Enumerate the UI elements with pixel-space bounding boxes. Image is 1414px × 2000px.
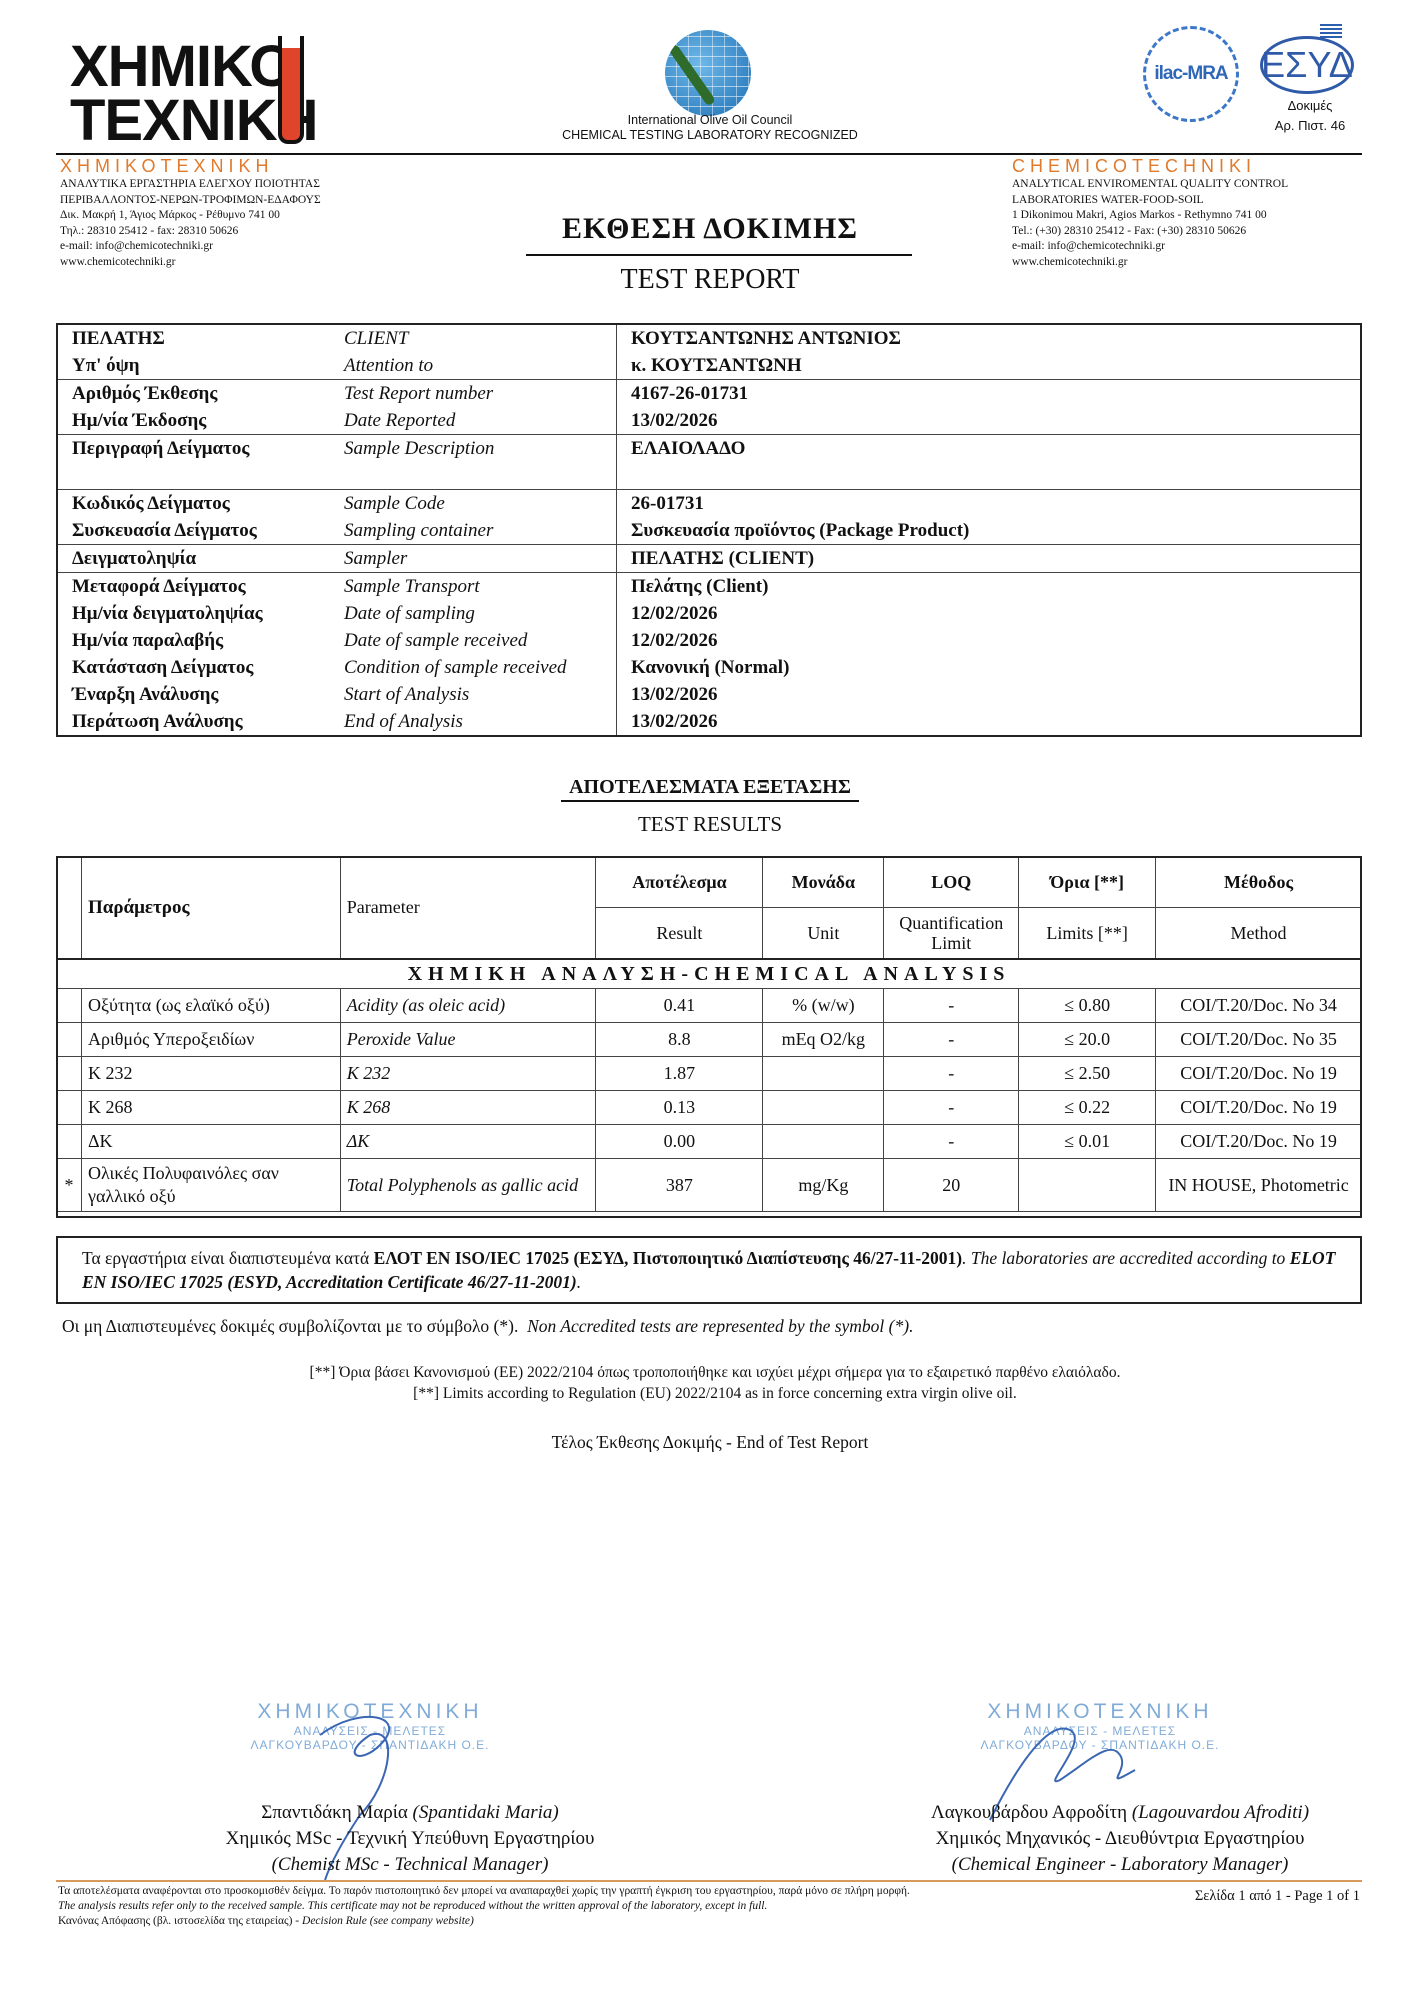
page-number: Σελίδα 1 από 1 - Page 1 of 1 xyxy=(1110,1888,1360,1905)
info-label-english: Test Report number xyxy=(344,380,616,407)
header-param-greek: Παράμετρος xyxy=(81,857,340,960)
header-unit-english: Unit xyxy=(763,908,884,960)
esyd-caption: Δοκιμές Αρ. Πιστ. 46 xyxy=(1255,96,1365,136)
param-greek: Αριθμός Υπεροξειδίων xyxy=(81,1023,340,1057)
address-line: Δικ. Μακρή 1, Άγιος Μάρκος - Ρέθυμνο 741… xyxy=(60,208,500,224)
info-label-greek: Ημ/νία παραλαβής xyxy=(72,627,344,654)
limit: ≤ 0.22 xyxy=(1019,1091,1156,1125)
info-value: 12/02/2026 xyxy=(631,600,1360,627)
info-label-english: Sampler xyxy=(344,545,616,572)
loq: - xyxy=(884,1125,1019,1159)
unit: mg/Kg xyxy=(763,1159,884,1212)
param-english: K 232 xyxy=(340,1057,596,1091)
info-label-greek: Υπ' όψη xyxy=(72,352,344,379)
info-group: Περιγραφή ΔείγματοςSample DescriptionΕΛΑ… xyxy=(58,435,1360,490)
section-chemical-analysis: ΧΗΜΙΚΗ ΑΝΑΛΥΣΗ-CHEMICAL ANALYSIS xyxy=(57,959,1362,989)
method: COI/T.20/Doc. No 35 xyxy=(1156,1023,1362,1057)
info-label-greek: Περάτωση Ανάλυσης xyxy=(72,708,344,735)
param-greek: Οξύτητα (ως ελαϊκό οξύ) xyxy=(81,989,340,1023)
info-label-greek: Αριθμός Έκθεσης xyxy=(72,380,344,407)
info-label-greek: ΠΕΛΑΤΗΣ xyxy=(72,325,344,352)
unit: % (w/w) xyxy=(763,989,884,1023)
info-value: ΠΕΛΑΤΗΣ (CLIENT) xyxy=(631,545,1360,572)
non-accredited-mark xyxy=(57,989,82,1023)
info-value: ΚΟΥΤΣΑΝΤΩΝΗΣ ΑΝΤΩΝΙΟΣ xyxy=(631,325,1360,352)
info-value: κ. ΚΟΥΤΣΑΝΤΩΝΗ xyxy=(631,352,1360,379)
loq: 20 xyxy=(884,1159,1019,1212)
result-value: 0.41 xyxy=(596,989,763,1023)
info-label-greek xyxy=(72,462,344,489)
non-accredited-mark: * xyxy=(57,1159,82,1212)
info-value xyxy=(631,462,1360,489)
loq: - xyxy=(884,1023,1019,1057)
footer-divider xyxy=(56,1880,1362,1882)
info-label-greek: Περιγραφή Δείγματος xyxy=(72,435,344,462)
result-value: 0.00 xyxy=(596,1125,763,1159)
limit: ≤ 0.01 xyxy=(1019,1125,1156,1159)
address-line: ΠΕΡΙΒΑΛΛΟΝΤΟΣ-ΝΕΡΩΝ-ΤΡΟΦΙΜΩΝ-ΕΔΑΦΟΥΣ xyxy=(60,193,500,209)
header-limits-greek: Όρια [**] xyxy=(1019,857,1156,908)
info-value: Κανονική (Normal) xyxy=(631,654,1360,681)
right-address: ANALYTICAL ENVIROMENTAL QUALITY CONTROLL… xyxy=(1012,177,1372,270)
non-accredited-note: Οι μη Διαπιστευμένες δοκιμές συμβολίζοντ… xyxy=(62,1316,913,1337)
info-value: 13/02/2026 xyxy=(631,708,1360,735)
info-label-english: Condition of sample received xyxy=(344,654,616,681)
results-title-english: TEST RESULTS xyxy=(520,812,900,837)
loq: - xyxy=(884,1091,1019,1125)
loq: - xyxy=(884,989,1019,1023)
signature-block-left: Σπαντιδάκη Μαρία (Spantidaki Maria) Χημι… xyxy=(150,1800,670,1878)
header-loq: LOQ xyxy=(884,857,1019,908)
ioc-caption: International Olive Oil Council CHEMICAL… xyxy=(520,113,900,143)
method: COI/T.20/Doc. No 19 xyxy=(1156,1057,1362,1091)
left-address: ΑΝΑΛΥΤΙΚΑ ΕΡΓΑΣΤΗΡΙΑ ΕΛΕΓΧΟΥ ΠΟΙΟΤΗΤΑΣΠΕ… xyxy=(60,177,500,270)
results-title-greek: ΑΠΟΤΕΛΕΣΜΑΤΑ ΕΞΕΤΑΣΗΣ xyxy=(520,776,900,799)
header-unit-greek: Μονάδα xyxy=(763,857,884,908)
right-company-block: CHEMICOTECHNIKI ANALYTICAL ENVIROMENTAL … xyxy=(1012,156,1372,270)
ioc-globe-icon xyxy=(665,30,751,116)
report-title-english: TEST REPORT xyxy=(520,264,900,296)
header-loq-english: Quantification Limit xyxy=(884,908,1019,960)
title-divider xyxy=(526,254,912,256)
non-accredited-mark xyxy=(57,1023,82,1057)
info-label-english: End of Analysis xyxy=(344,708,616,735)
info-label-english: Sampling container xyxy=(344,517,616,544)
info-value: 13/02/2026 xyxy=(631,407,1360,434)
non-accredited-mark xyxy=(57,1091,82,1125)
info-label-greek: Ημ/νία δειγματοληψίας xyxy=(72,600,344,627)
param-english: ΔΚ xyxy=(340,1125,596,1159)
limit: ≤ 2.50 xyxy=(1019,1057,1156,1091)
info-label-english xyxy=(344,462,616,489)
info-group: ΔειγματοληψίαSamplerΠΕΛΑΤΗΣ (CLIENT) xyxy=(58,545,1360,573)
info-label-greek: Δειγματοληψία xyxy=(72,545,344,572)
table-row: K 232K 2321.87-≤ 2.50COI/T.20/Doc. No 19 xyxy=(57,1057,1362,1091)
signature-block-right: Λαγκουβάρδου Αφροδίτη (Lagouvardou Afrod… xyxy=(860,1800,1380,1878)
address-line: www.chemicotechniki.gr xyxy=(1012,255,1372,271)
info-group: Κωδικός ΔείγματοςΣυσκευασία ΔείγματοςSam… xyxy=(58,490,1360,545)
result-value: 0.13 xyxy=(596,1091,763,1125)
info-group: Αριθμός ΈκθεσηςΗμ/νία ΈκδοσηςTest Report… xyxy=(58,380,1360,435)
limits-note: [**] Όρια βάσει Κανονισμού (ΕΕ) 2022/210… xyxy=(180,1362,1250,1404)
address-line: e-mail: info@chemicotechniki.gr xyxy=(60,239,500,255)
address-line: LABORATORIES WATER-FOOD-SOIL xyxy=(1012,193,1372,209)
header-method-english: Method xyxy=(1156,908,1362,960)
address-line: ANALYTICAL ENVIROMENTAL QUALITY CONTROL xyxy=(1012,177,1372,193)
param-greek: ΔΚ xyxy=(81,1125,340,1159)
info-label-greek: Συσκευασία Δείγματος xyxy=(72,517,344,544)
header-result-english: Result xyxy=(596,908,763,960)
info-label-english: Attention to xyxy=(344,352,616,379)
param-greek: K 232 xyxy=(81,1057,340,1091)
table-row: Οξύτητα (ως ελαϊκό οξύ)Acidity (as oleic… xyxy=(57,989,1362,1023)
unit: mEq O2/kg xyxy=(763,1023,884,1057)
method: COI/T.20/Doc. No 19 xyxy=(1156,1125,1362,1159)
header-limits-english: Limits [**] xyxy=(1019,908,1156,960)
info-value: 12/02/2026 xyxy=(631,627,1360,654)
info-group: Μεταφορά ΔείγματοςΗμ/νία δειγματοληψίαςΗ… xyxy=(58,573,1360,735)
report-title-greek: ΕΚΘΕΣΗ ΔΟΚΙΜΗΣ xyxy=(520,212,900,246)
param-english: Peroxide Value xyxy=(340,1023,596,1057)
table-row: ΔΚΔΚ0.00-≤ 0.01COI/T.20/Doc. No 19 xyxy=(57,1125,1362,1159)
result-value: 387 xyxy=(596,1159,763,1212)
table-row: *Ολικές Πολυφαινόλες σαν γαλλικό οξύTota… xyxy=(57,1159,1362,1212)
address-line: Τηλ.: 28310 25412 - fax: 28310 50626 xyxy=(60,224,500,240)
address-line: Tel.: (+30) 28310 25412 - Fax: (+30) 283… xyxy=(1012,224,1372,240)
info-value: ΕΛΑΙΟΛΑΔΟ xyxy=(631,435,1360,462)
info-label-english: Date Reported xyxy=(344,407,616,434)
info-group: ΠΕΛΑΤΗΣΥπ' όψηCLIENTAttention toΚΟΥΤΣΑΝΤ… xyxy=(58,325,1360,380)
method: IN HOUSE, Photometric xyxy=(1156,1159,1362,1212)
brand-greek: ΧΗΜΙΚΟΤΕΧΝΙΚΗ xyxy=(60,156,500,177)
info-label-english: Sample Code xyxy=(344,490,616,517)
info-value: Συσκευασία προϊόντος (Package Product) xyxy=(631,517,1360,544)
info-label-english: Date of sampling xyxy=(344,600,616,627)
info-value: 4167-26-01731 xyxy=(631,380,1360,407)
address-line: ΑΝΑΛΥΤΙΚΑ ΕΡΓΑΣΤΗΡΙΑ ΕΛΕΓΧΟΥ ΠΟΙΟΤΗΤΑΣ xyxy=(60,177,500,193)
header-result-greek: Αποτέλεσμα xyxy=(596,857,763,908)
limit: ≤ 0.80 xyxy=(1019,989,1156,1023)
header-method-greek: Μέθοδος xyxy=(1156,857,1362,908)
address-line: e-mail: info@chemicotechniki.gr xyxy=(1012,239,1372,255)
param-greek: Ολικές Πολυφαινόλες σαν γαλλικό οξύ xyxy=(81,1159,340,1212)
info-label-greek: Έναρξη Ανάλυσης xyxy=(72,681,344,708)
accreditation-note: Τα εργαστήρια είναι διαπιστευμένα κατά Ε… xyxy=(56,1236,1362,1304)
method: COI/T.20/Doc. No 34 xyxy=(1156,989,1362,1023)
method: COI/T.20/Doc. No 19 xyxy=(1156,1091,1362,1125)
esyd-logo: ΕΣΥΔ xyxy=(1260,36,1354,94)
info-label-english: CLIENT xyxy=(344,325,616,352)
param-english: Total Polyphenols as gallic acid xyxy=(340,1159,596,1212)
info-value: 26-01731 xyxy=(631,490,1360,517)
table-row: Αριθμός ΥπεροξειδίωνPeroxide Value8.8mEq… xyxy=(57,1023,1362,1057)
param-english: Acidity (as oleic acid) xyxy=(340,989,596,1023)
test-tube-icon xyxy=(278,36,304,144)
unit xyxy=(763,1057,884,1091)
info-label-greek: Κατάσταση Δείγματος xyxy=(72,654,344,681)
address-line: www.chemicotechniki.gr xyxy=(60,255,500,271)
ilac-mra-logo: ilac-MRA xyxy=(1143,26,1239,122)
end-of-report: Τέλος Έκθεσης Δοκιμής - End of Test Repo… xyxy=(400,1432,1020,1453)
greek-flag-icon xyxy=(1320,24,1342,38)
limit xyxy=(1019,1159,1156,1212)
header-param-english: Parameter xyxy=(340,857,596,960)
info-label-greek: Κωδικός Δείγματος xyxy=(72,490,344,517)
info-label-english: Date of sample received xyxy=(344,627,616,654)
left-company-block: ΧΗΜΙΚΟΤΕΧΝΙΚΗ ΑΝΑΛΥΤΙΚΑ ΕΡΓΑΣΤΗΡΙΑ ΕΛΕΓΧ… xyxy=(60,156,500,270)
loq: - xyxy=(884,1057,1019,1091)
footer-disclaimer: Τα αποτελέσματα αναφέρονται στο προσκομι… xyxy=(58,1884,1108,1929)
sample-info-table: ΠΕΛΑΤΗΣΥπ' όψηCLIENTAttention toΚΟΥΤΣΑΝΤ… xyxy=(56,323,1362,737)
info-label-english: Sample Description xyxy=(344,435,616,462)
info-label-greek: Ημ/νία Έκδοσης xyxy=(72,407,344,434)
info-label-greek: Μεταφορά Δείγματος xyxy=(72,573,344,600)
result-value: 8.8 xyxy=(596,1023,763,1057)
table-row: K 268K 2680.13-≤ 0.22COI/T.20/Doc. No 19 xyxy=(57,1091,1362,1125)
info-value: Πελάτης (Client) xyxy=(631,573,1360,600)
limit: ≤ 20.0 xyxy=(1019,1023,1156,1057)
non-accredited-mark xyxy=(57,1057,82,1091)
unit xyxy=(763,1091,884,1125)
non-accredited-mark xyxy=(57,1125,82,1159)
info-label-english: Sample Transport xyxy=(344,573,616,600)
param-english: K 268 xyxy=(340,1091,596,1125)
result-value: 1.87 xyxy=(596,1057,763,1091)
unit xyxy=(763,1125,884,1159)
results-table: Παράμετρος Parameter Αποτέλεσμα Μονάδα L… xyxy=(56,856,1362,1212)
brand-latin: CHEMICOTECHNIKI xyxy=(1012,156,1372,177)
info-label-english: Start of Analysis xyxy=(344,681,616,708)
header-divider xyxy=(56,153,1362,155)
address-line: 1 Dikonimou Makri, Agios Markos - Rethym… xyxy=(1012,208,1372,224)
param-greek: K 268 xyxy=(81,1091,340,1125)
info-value: 13/02/2026 xyxy=(631,681,1360,708)
